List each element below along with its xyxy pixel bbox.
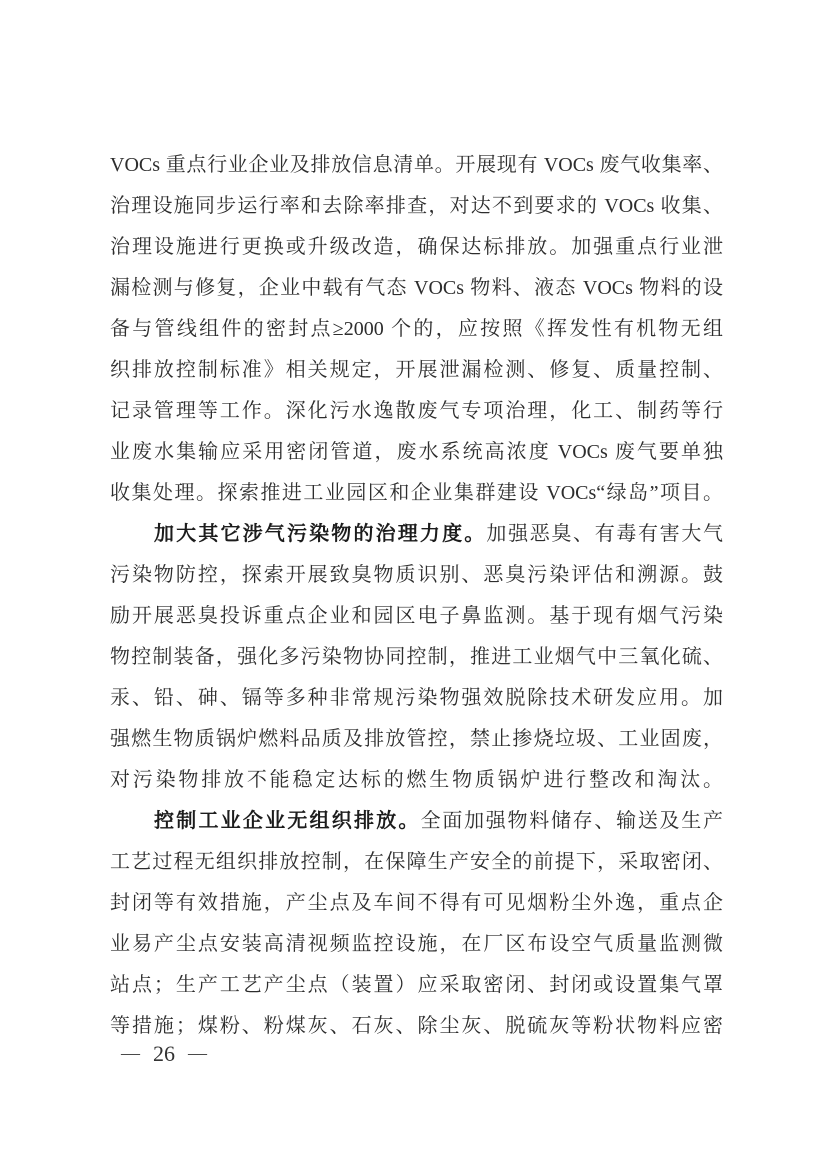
text-segment: 封闭等有效措施，产尘点及车间不得有可见烟粉尘外逸，重点企 <box>110 892 723 914</box>
text-line: 对污染物排放不能稳定达标的燃生物质锅炉进行整改和淘汰。 <box>110 760 723 801</box>
text-line: 物控制装备，强化多污染物协同控制，推进工业烟气中三氧化硫、 <box>110 637 723 678</box>
text-line: 励开展恶臭投诉重点企业和园区电子鼻监测。基于现有烟气污染 <box>110 596 723 637</box>
text-segment: VOCs 重点行业企业及排放信息清单。开展现有 VOCs 废气收集率、 <box>110 154 723 176</box>
text-segment: 收集处理。探索推进工业园区和企业集群建设 VOCs“绿岛”项目。 <box>110 482 723 504</box>
text-segment: 加强恶臭、有毒有害大气 <box>486 523 723 545</box>
text-segment: 业易产尘点安装高清视频监控设施，在厂区布设空气质量监测微 <box>110 933 723 955</box>
text-segment: 工艺过程无组织排放控制，在保障生产安全的前提下，采取密闭、 <box>110 851 723 873</box>
text-segment: 站点；生产工艺产尘点（装置）应采取密闭、封闭或设置集气罩 <box>110 974 723 996</box>
text-line: 站点；生产工艺产尘点（装置）应采取密闭、封闭或设置集气罩 <box>110 965 723 1006</box>
text-segment: 治理设施同步运行率和去除率排查，对达不到要求的 VOCs 收集、 <box>110 195 723 217</box>
text-block: VOCs 重点行业企业及排放信息清单。开展现有 VOCs 废气收集率、治理设施同… <box>110 145 723 1047</box>
document-page: VOCs 重点行业企业及排放信息清单。开展现有 VOCs 废气收集率、治理设施同… <box>0 0 827 1169</box>
text-line: 强燃生物质锅炉燃料品质及排放管控，禁止掺烧垃圾、工业固废， <box>110 719 723 760</box>
text-segment: 业废水集输应采用密闭管道，废水系统高浓度 VOCs 废气要单独 <box>110 441 723 463</box>
text-segment: 治理设施进行更换或升级改造，确保达标排放。加强重点行业泄 <box>110 236 723 258</box>
text-line: 污染物防控，探索开展致臭物质识别、恶臭污染评估和溯源。鼓 <box>110 555 723 596</box>
text-segment: 对污染物排放不能稳定达标的燃生物质锅炉进行整改和淘汰。 <box>110 769 723 791</box>
page-number: 26 <box>153 1040 175 1068</box>
paragraph-lead-bold: 控制工业企业无组织排放。 <box>154 810 421 832</box>
text-line: 加大其它涉气污染物的治理力度。加强恶臭、有毒有害大气 <box>110 514 723 555</box>
text-line: 工艺过程无组织排放控制，在保障生产安全的前提下，采取密闭、 <box>110 842 723 883</box>
text-line: 记录管理等工作。深化污水逸散废气专项治理，化工、制药等行 <box>110 391 723 432</box>
text-line: VOCs 重点行业企业及排放信息清单。开展现有 VOCs 废气收集率、 <box>110 145 723 186</box>
text-line: 业废水集输应采用密闭管道，废水系统高浓度 VOCs 废气要单独 <box>110 432 723 473</box>
text-line: 封闭等有效措施，产尘点及车间不得有可见烟粉尘外逸，重点企 <box>110 883 723 924</box>
text-segment: 物控制装备，强化多污染物协同控制，推进工业烟气中三氧化硫、 <box>110 646 723 668</box>
footer-dash-left: — <box>121 1040 140 1068</box>
text-segment: 励开展恶臭投诉重点企业和园区电子鼻监测。基于现有烟气污染 <box>110 605 723 627</box>
text-segment: 记录管理等工作。深化污水逸散废气专项治理，化工、制药等行 <box>110 400 723 422</box>
text-segment: 漏检测与修复，企业中载有气态 VOCs 物料、液态 VOCs 物料的设 <box>110 277 723 299</box>
page-footer: — 26 — <box>121 1040 207 1068</box>
text-line: 治理设施进行更换或升级改造，确保达标排放。加强重点行业泄 <box>110 227 723 268</box>
text-line: 备与管线组件的密封点≥2000 个的，应按照《挥发性有机物无组 <box>110 309 723 350</box>
text-line: 汞、铅、砷、镉等多种非常规污染物强效脱除技术研发应用。加 <box>110 678 723 719</box>
text-segment: 汞、铅、砷、镉等多种非常规污染物强效脱除技术研发应用。加 <box>110 687 723 709</box>
paragraph-lead-bold: 加大其它涉气污染物的治理力度。 <box>154 523 486 545</box>
text-segment: 织排放控制标准》相关规定，开展泄漏检测、修复、质量控制、 <box>110 359 723 381</box>
text-segment: 污染物防控，探索开展致臭物质识别、恶臭污染评估和溯源。鼓 <box>110 564 723 586</box>
text-line: 业易产尘点安装高清视频监控设施，在厂区布设空气质量监测微 <box>110 924 723 965</box>
text-line: 收集处理。探索推进工业园区和企业集群建设 VOCs“绿岛”项目。 <box>110 473 723 514</box>
text-line: 控制工业企业无组织排放。全面加强物料储存、输送及生产 <box>110 801 723 842</box>
text-line: 织排放控制标准》相关规定，开展泄漏检测、修复、质量控制、 <box>110 350 723 391</box>
footer-dash-right: — <box>188 1040 207 1068</box>
text-line: 治理设施同步运行率和去除率排查，对达不到要求的 VOCs 收集、 <box>110 186 723 227</box>
text-segment: 强燃生物质锅炉燃料品质及排放管控，禁止掺烧垃圾、工业固废， <box>110 728 723 750</box>
text-segment: 全面加强物料储存、输送及生产 <box>421 810 723 832</box>
text-segment: 等措施；煤粉、粉煤灰、石灰、除尘灰、脱硫灰等粉状物料应密 <box>110 1015 723 1037</box>
text-segment: 备与管线组件的密封点≥2000 个的，应按照《挥发性有机物无组 <box>110 318 723 340</box>
text-line: 漏检测与修复，企业中载有气态 VOCs 物料、液态 VOCs 物料的设 <box>110 268 723 309</box>
